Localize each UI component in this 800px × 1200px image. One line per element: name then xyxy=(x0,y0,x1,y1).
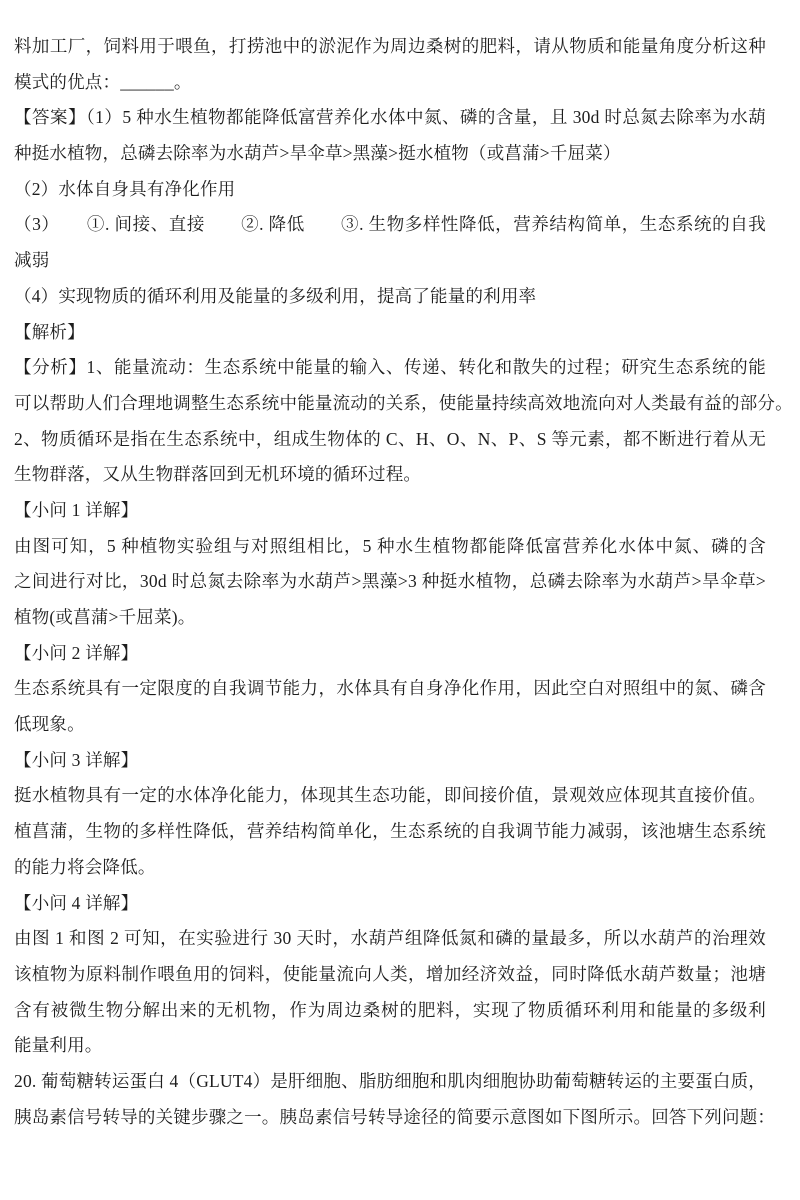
text-line: 减弱 xyxy=(14,243,766,279)
text-line: 的能力将会降低。 xyxy=(14,850,766,886)
text-line: 植菖蒲，生物的多样性降低，营养结构简单化，生态系统的自我调节能力减弱，该池塘生态… xyxy=(14,814,766,850)
text-line: 2、物质循环是指在生态系统中，组成生物体的 C、H、O、N、P、S 等元素，都不… xyxy=(14,422,766,458)
text-line: 【小问 1 详解】 xyxy=(14,493,766,529)
text-line: 由图 1 和图 2 可知，在实验进行 30 天时，水葫芦组降低氮和磷的量最多，所… xyxy=(14,921,766,957)
text-line: 可以帮助人们合理地调整生态系统中能量流动的关系，使能量持续高效地流向对人类最有益… xyxy=(14,386,766,422)
text-line: 胰岛素信号转导的关键步骤之一。胰岛素信号转导途径的简要示意图如下图所示。回答下列… xyxy=(14,1100,766,1136)
text-line: 能量利用。 xyxy=(14,1028,766,1064)
text-line: 【答案】（1）5 种水生植物都能降低富营养化水体中氮、磷的含量，且 30d 时总… xyxy=(14,100,766,136)
text-line: 挺水植物具有一定的水体净化能力，体现其生态功能，即间接价值，景观效应体现其直接价… xyxy=(14,778,766,814)
text-line: （4）实现物质的循环利用及能量的多级利用，提高了能量的利用率 xyxy=(14,279,766,315)
text-line: 【解析】 xyxy=(14,315,766,351)
exam-answer-document-page: 料加工厂，饲料用于喂鱼，打捞池中的淤泥作为周边桑树的肥料，请从物质和能量角度分析… xyxy=(0,0,800,1200)
text-line: 【小问 3 详解】 xyxy=(14,743,766,779)
text-line: 低现象。 xyxy=(14,707,766,743)
text-line: 生物群落，又从生物群落回到无机环境的循环过程。 xyxy=(14,457,766,493)
text-line: 植物(或菖蒲>千屈菜)。 xyxy=(14,600,766,636)
text-line: 种挺水植物，总磷去除率为水葫芦>旱伞草>黑藻>挺水植物（或菖蒲>千屈菜） xyxy=(14,136,766,172)
text-line: 料加工厂，饲料用于喂鱼，打捞池中的淤泥作为周边桑树的肥料，请从物质和能量角度分析… xyxy=(14,29,766,65)
text-line: 由图可知，5 种植物实验组与对照组相比，5 种水生植物都能降低富营养化水体中氮、… xyxy=(14,529,766,565)
text-line: 【分析】1、能量流动：生态系统中能量的输入、传递、转化和散失的过程；研究生态系统… xyxy=(14,350,766,386)
text-line: 【小问 2 详解】 xyxy=(14,636,766,672)
text-line: 之间进行对比，30d 时总氮去除率为水葫芦>黑藻>3 种挺水植物，总磷去除率为水… xyxy=(14,564,766,600)
text-line: 生态系统具有一定限度的自我调节能力，水体具有自身净化作用，因此空白对照组中的氮、… xyxy=(14,671,766,707)
text-line: （3） ①. 间接、直接 ②. 降低 ③. 生物多样性降低，营养结构简单，生态系… xyxy=(14,207,766,243)
text-line: 20. 葡萄糖转运蛋白 4（GLUT4）是肝细胞、脂肪细胞和肌肉细胞协助葡萄糖转… xyxy=(14,1064,766,1100)
text-line: 含有被微生物分解出来的无机物，作为周边桑树的肥料，实现了物质循环利用和能量的多级… xyxy=(14,993,766,1029)
text-line: 模式的优点：______。 xyxy=(14,65,766,101)
text-line: 【小问 4 详解】 xyxy=(14,886,766,922)
text-line: （2）水体自身具有净化作用 xyxy=(14,172,766,208)
text-line: 该植物为原料制作喂鱼用的饲料，使能量流向人类，增加经济效益，同时降低水葫芦数量；… xyxy=(14,957,766,993)
